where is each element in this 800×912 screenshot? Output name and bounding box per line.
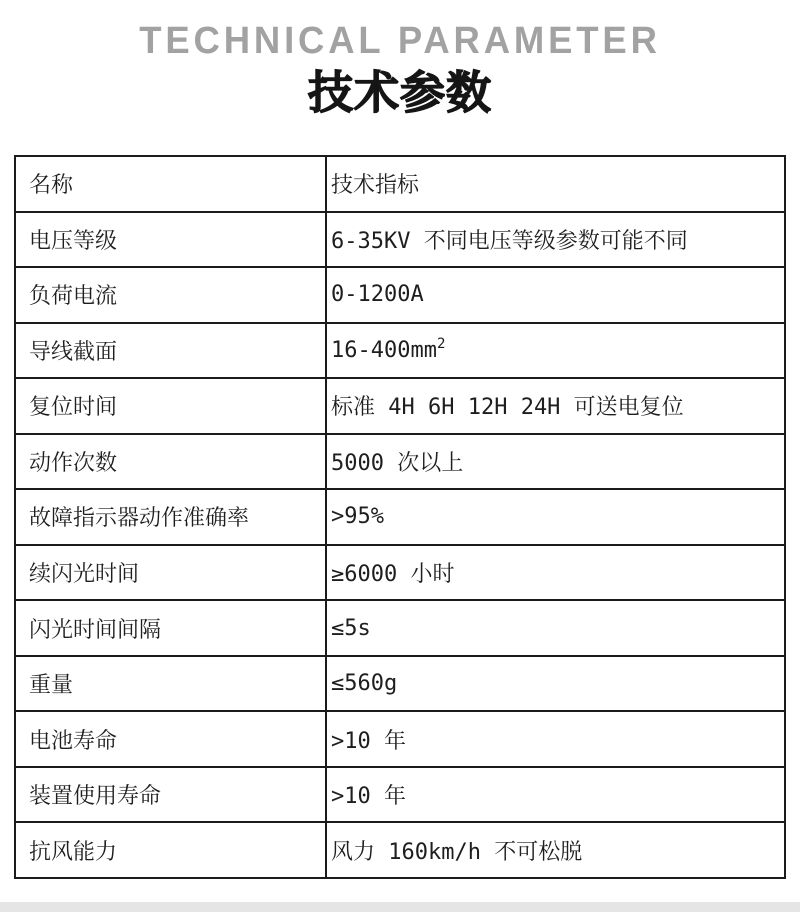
param-value-cell: >95% — [326, 489, 785, 545]
param-label-cell: 故障指示器动作准确率 — [15, 489, 326, 545]
param-label-cell: 导线截面 — [15, 323, 326, 379]
param-label-cell: 重量 — [15, 656, 326, 712]
param-value-cell: 16-400mm2 — [326, 323, 785, 379]
param-label-cell: 装置使用寿命 — [15, 767, 326, 823]
param-label-cell: 续闪光时间 — [15, 545, 326, 601]
table-row: 导线截面 16-400mm2 — [15, 323, 785, 379]
param-value-cell: 技术指标 — [326, 156, 785, 212]
param-value-cell: >10 年 — [326, 711, 785, 767]
page: { "header": { "title_en": "TECHNICAL PAR… — [0, 0, 800, 912]
param-label-cell: 电压等级 — [15, 212, 326, 268]
table-row: 闪光时间间隔 ≤5s — [15, 600, 785, 656]
param-value-cell: 5000 次以上 — [326, 434, 785, 490]
param-label-cell: 动作次数 — [15, 434, 326, 490]
table-row: 动作次数 5000 次以上 — [15, 434, 785, 490]
param-value-cell: 0-1200A — [326, 267, 785, 323]
table-row: 装置使用寿命 >10 年 — [15, 767, 785, 823]
param-label-cell: 名称 — [15, 156, 326, 212]
table-row: 续闪光时间 ≥6000 小时 — [15, 545, 785, 601]
table-row: 故障指示器动作准确率 >95% — [15, 489, 785, 545]
param-value-superscript: 2 — [437, 336, 445, 352]
param-value-cell: >10 年 — [326, 767, 785, 823]
table-row: 负荷电流 0-1200A — [15, 267, 785, 323]
page-title-english: TECHNICAL PARAMETER — [16, 22, 784, 60]
table-row: 电压等级 6-35KV 不同电压等级参数可能不同 — [15, 212, 785, 268]
param-value-cell: 风力 160km/h 不可松脱 — [326, 822, 785, 878]
param-value-text: 16-400mm — [331, 338, 437, 363]
header: TECHNICAL PARAMETER 技术参数 — [0, 22, 800, 115]
param-value-cell: ≥6000 小时 — [326, 545, 785, 601]
table-row: 复位时间 标准 4H 6H 12H 24H 可送电复位 — [15, 378, 785, 434]
bottom-gray-bar — [0, 902, 800, 912]
param-label-cell: 负荷电流 — [15, 267, 326, 323]
table-row: 重量 ≤560g — [15, 656, 785, 712]
param-label-cell: 抗风能力 — [15, 822, 326, 878]
param-value-cell: 标准 4H 6H 12H 24H 可送电复位 — [326, 378, 785, 434]
param-value-cell: 6-35KV 不同电压等级参数可能不同 — [326, 212, 785, 268]
page-title-chinese: 技术参数 — [0, 70, 800, 115]
param-value-cell: ≤560g — [326, 656, 785, 712]
parameters-table: 名称 技术指标 电压等级 6-35KV 不同电压等级参数可能不同 负荷电流 0-… — [14, 155, 786, 879]
param-label-cell: 电池寿命 — [15, 711, 326, 767]
table-row: 名称 技术指标 — [15, 156, 785, 212]
table-row: 抗风能力 风力 160km/h 不可松脱 — [15, 822, 785, 878]
param-label-cell: 闪光时间间隔 — [15, 600, 326, 656]
param-label-cell: 复位时间 — [15, 378, 326, 434]
param-value-cell: ≤5s — [326, 600, 785, 656]
table-row: 电池寿命 >10 年 — [15, 711, 785, 767]
